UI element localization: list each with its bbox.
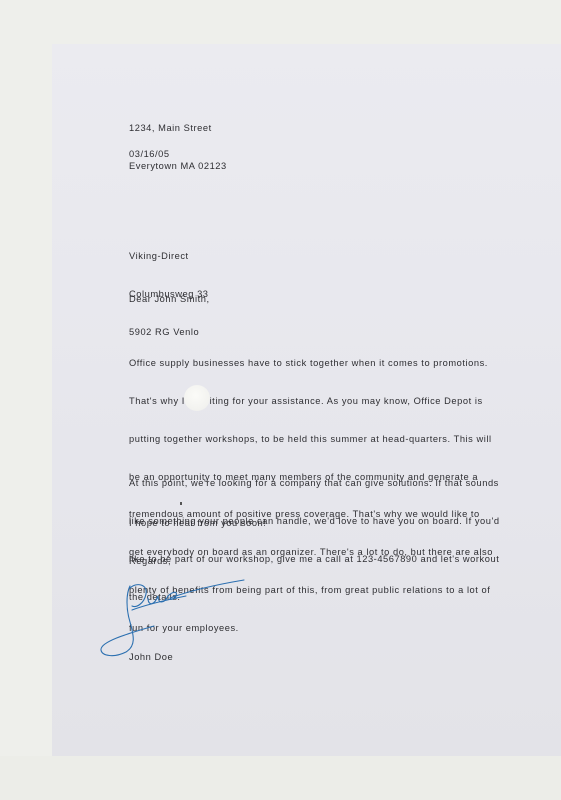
sender-city: Everytown MA 02123 bbox=[129, 160, 227, 173]
body-line: Office supply businesses have to stick t… bbox=[129, 357, 493, 370]
recipient-company: Viking-Direct bbox=[129, 250, 209, 263]
body-line: like to be part of our workshop, give me… bbox=[129, 553, 500, 566]
body-paragraph-3: I hope to hear from you soon! bbox=[129, 517, 266, 530]
salutation: Dear John Smith, bbox=[129, 293, 210, 306]
background-strip bbox=[0, 756, 561, 800]
white-dot-mark bbox=[184, 385, 210, 411]
body-line: At this point, we're looking for a compa… bbox=[129, 477, 500, 490]
signer-name: John Doe bbox=[129, 651, 173, 664]
closing: Regards, bbox=[129, 555, 171, 568]
letter-date: 03/16/05 bbox=[129, 148, 170, 161]
sender-street: 1234, Main Street bbox=[129, 122, 227, 135]
sender-address: 1234, Main Street Everytown MA 02123 bbox=[129, 97, 227, 185]
ink-speck bbox=[180, 502, 182, 505]
body-line: putting together workshops, to be held t… bbox=[129, 433, 493, 446]
